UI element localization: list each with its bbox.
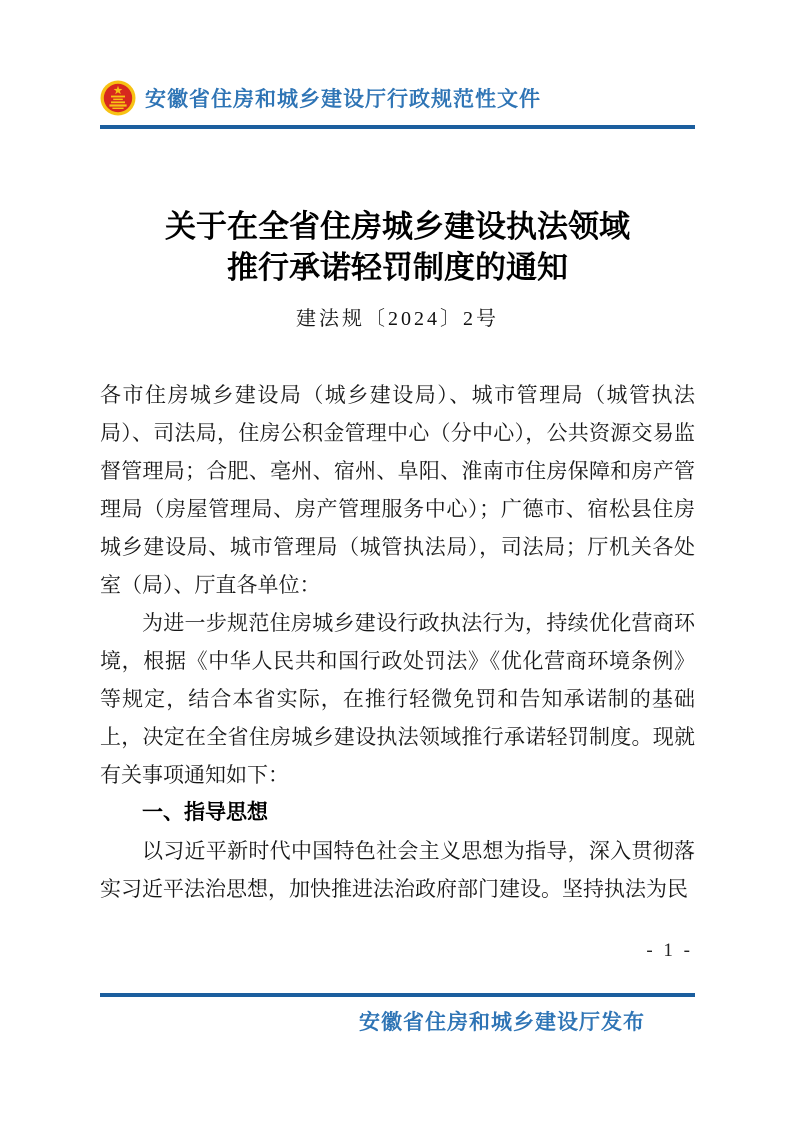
paragraph-intro: 为进一步规范住房城乡建设行政执法行为，持续优化营商环境，根据《中华人民共和国行政… [100,604,695,794]
document-title-line1: 关于在全省住房城乡建设执法领域 [100,206,695,247]
document-title-line2: 推行承诺轻罚制度的通知 [100,247,695,288]
national-emblem-icon [100,80,136,116]
header-divider-rule [100,125,695,129]
masthead-row: 安徽省住房和城乡建设厅行政规范性文件 [100,80,695,116]
paragraph-addressees: 各市住房城乡建设局（城乡建设局）、城市管理局（城管执法局）、司法局，住房公积金管… [100,376,695,604]
footer-publisher: 安徽省住房和城乡建设厅发布 [359,1006,645,1036]
footer-divider-rule [100,993,695,997]
document-title-block: 关于在全省住房城乡建设执法领域 推行承诺轻罚制度的通知 建法规〔2024〕2号 [100,206,695,331]
document-body: 各市住房城乡建设局（城乡建设局）、城市管理局（城管执法局）、司法局，住房公积金管… [100,376,695,908]
section1-heading: 一、指导思想 [100,794,695,832]
document-title: 关于在全省住房城乡建设执法领域 推行承诺轻罚制度的通知 [100,206,695,288]
paragraph-section1-body: 以习近平新时代中国特色社会主义思想为指导，深入贯彻落实习近平法治思想，加快推进法… [100,832,695,908]
masthead-title: 安徽省住房和城乡建设厅行政规范性文件 [145,83,541,113]
page-number: - 1 - [646,940,693,962]
document-number: 建法规〔2024〕2号 [100,302,695,331]
document-masthead: 安徽省住房和城乡建设厅行政规范性文件 [100,80,695,129]
